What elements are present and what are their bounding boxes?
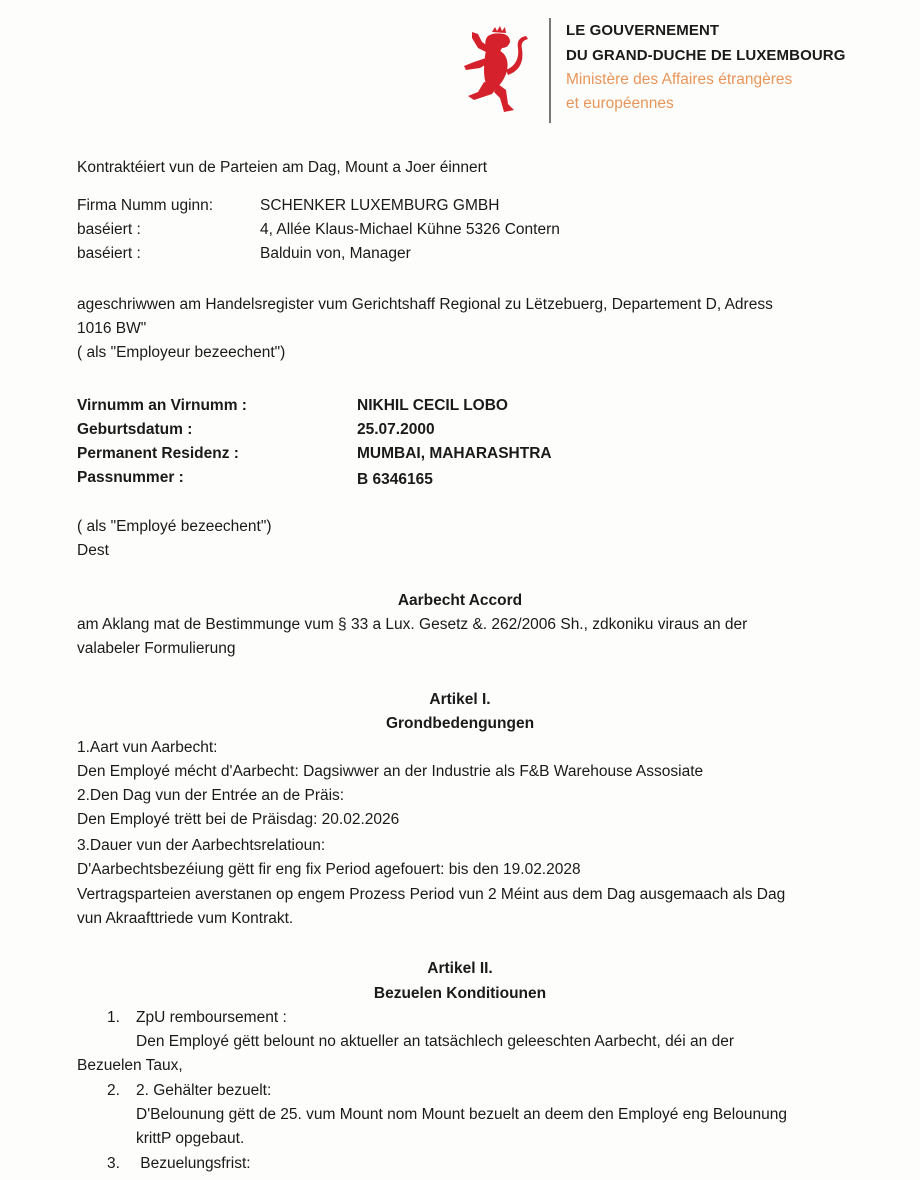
employee-label-birthdate: Geburtsdatum :: [77, 419, 192, 441]
article1-title: Grondbedengungen: [0, 713, 920, 735]
article1-line: vun Akraafttriede vum Kontrakt.: [77, 908, 293, 930]
employee-value-residence: MUMBAI, MAHARASHTRA: [357, 443, 552, 465]
dest-text: Dest: [77, 540, 109, 562]
article2-item-heading: Bezuelungsfrist:: [136, 1153, 251, 1175]
employer-value-representative: Balduin von, Manager: [260, 243, 411, 265]
agreement-title: Aarbecht Accord: [0, 590, 920, 612]
article1-line: 3.Dauer vun der Aarbechtsrelatioun:: [77, 835, 325, 857]
article2-item-number: 2.: [107, 1080, 120, 1102]
article2-item-heading: ZpU remboursement :: [136, 1007, 287, 1029]
article2-number: Artikel II.: [0, 958, 920, 980]
article2-item-body: Den Employé gëtt belount no aktueller an…: [136, 1031, 734, 1053]
employer-label-representative: baséiert :: [77, 243, 141, 265]
article2-item-body: Bezuelen Taux,: [77, 1055, 183, 1077]
article1-line: 2.Den Dag vun der Entrée an de Präis:: [77, 785, 344, 807]
employee-label-name: Virnumm an Virnumm :: [77, 395, 247, 417]
employer-designation: ( als "Employeur bezeechent"): [77, 342, 285, 364]
article1-line: 1.Aart vun Aarbecht:: [77, 737, 217, 759]
article2-title: Bezuelen Konditiounen: [0, 983, 920, 1005]
employer-value-company: SCHENKER LUXEMBURG GMBH: [260, 195, 499, 217]
employee-designation: ( als "Employé bezeechent"): [77, 516, 272, 538]
article2-item-heading: 2. Gehälter bezuelt:: [136, 1080, 271, 1102]
article2-item-body: krittP opgebaut.: [136, 1128, 244, 1150]
employer-value-address: 4, Allée Klaus-Michael Kühne 5326 Conter…: [260, 219, 560, 241]
red-lion-icon: [462, 26, 530, 114]
register-text-line1: ageschriwwen am Handelsregister vum Geri…: [77, 294, 773, 316]
ministry-name-line1: Ministère des Affaires étrangères: [566, 71, 792, 89]
contract-intro: Kontraktéiert vun de Parteien am Dag, Mo…: [77, 157, 487, 179]
register-text-line2: 1016 BW": [77, 318, 146, 340]
employer-label-company: Firma Numm uginn:: [77, 195, 213, 217]
employee-value-name: NIKHIL CECIL LOBO: [357, 395, 508, 417]
ministry-name-line2: et européennes: [566, 95, 674, 113]
article1-number: Artikel I.: [0, 689, 920, 711]
article1-line: Den Employé mécht d'Aarbecht: Dagsiwwer …: [77, 761, 703, 783]
agreement-text-line2: valabeler Formulierung: [77, 638, 236, 660]
government-title-line2: DU GRAND-DUCHE DE LUXEMBOURG: [566, 47, 845, 64]
article1-line: D'Aarbechtsbezéiung gëtt fir eng fix Per…: [77, 859, 581, 881]
header-divider: [549, 18, 551, 123]
government-title-line1: LE GOUVERNEMENT: [566, 22, 719, 39]
employee-value-passport: B 6346165: [357, 469, 433, 491]
article2-item-number: 1.: [107, 1007, 120, 1029]
employer-label-address: baséiert :: [77, 219, 141, 241]
agreement-text-line1: am Aklang mat de Bestimmunge vum § 33 a …: [77, 614, 747, 636]
article2-item-body: D'Belounung gëtt de 25. vum Mount nom Mo…: [136, 1104, 787, 1126]
article1-line: Den Employé trëtt bei de Präisdag: 20.02…: [77, 809, 399, 831]
article1-line: Vertragsparteien averstanen op engem Pro…: [77, 884, 785, 906]
employee-value-birthdate: 25.07.2000: [357, 419, 435, 441]
employee-label-passport: Passnummer :: [77, 467, 184, 489]
employee-label-residence: Permanent Residenz :: [77, 443, 239, 465]
article2-item-number: 3.: [107, 1153, 120, 1175]
